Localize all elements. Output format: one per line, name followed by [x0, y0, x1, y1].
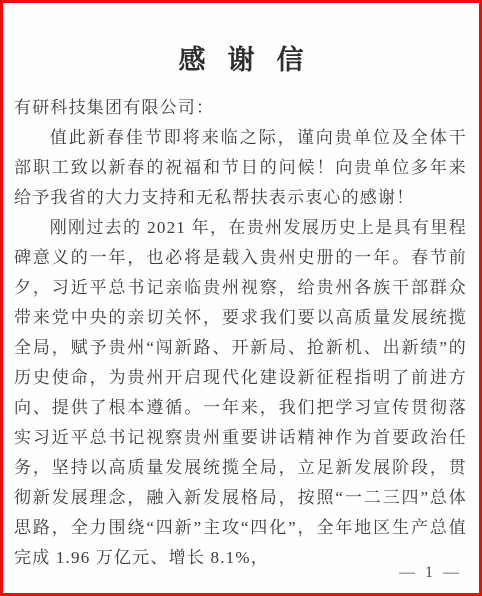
- page-number: — 1 —: [399, 564, 462, 582]
- letter-title: 感谢信: [3, 38, 479, 77]
- paragraph-review-2021: 刚刚过去的 2021 年，在贵州发展历史上是具有里程碑意义的一年，也必将是载入贵…: [14, 213, 467, 573]
- scanned-letter-page: 感谢信 有研科技集团有限公司： 值此新春佳节即将来临之际，谨向贵单位及全体干部职…: [0, 0, 482, 596]
- letter-body: 有研科技集团有限公司： 值此新春佳节即将来临之际，谨向贵单位及全体干部职工致以新…: [3, 93, 479, 573]
- paragraph-greeting: 值此新春佳节即将来临之际，谨向贵单位及全体干部职工致以新春的祝福和节日的问候！向…: [14, 123, 467, 213]
- salutation-line: 有研科技集团有限公司：: [14, 93, 467, 123]
